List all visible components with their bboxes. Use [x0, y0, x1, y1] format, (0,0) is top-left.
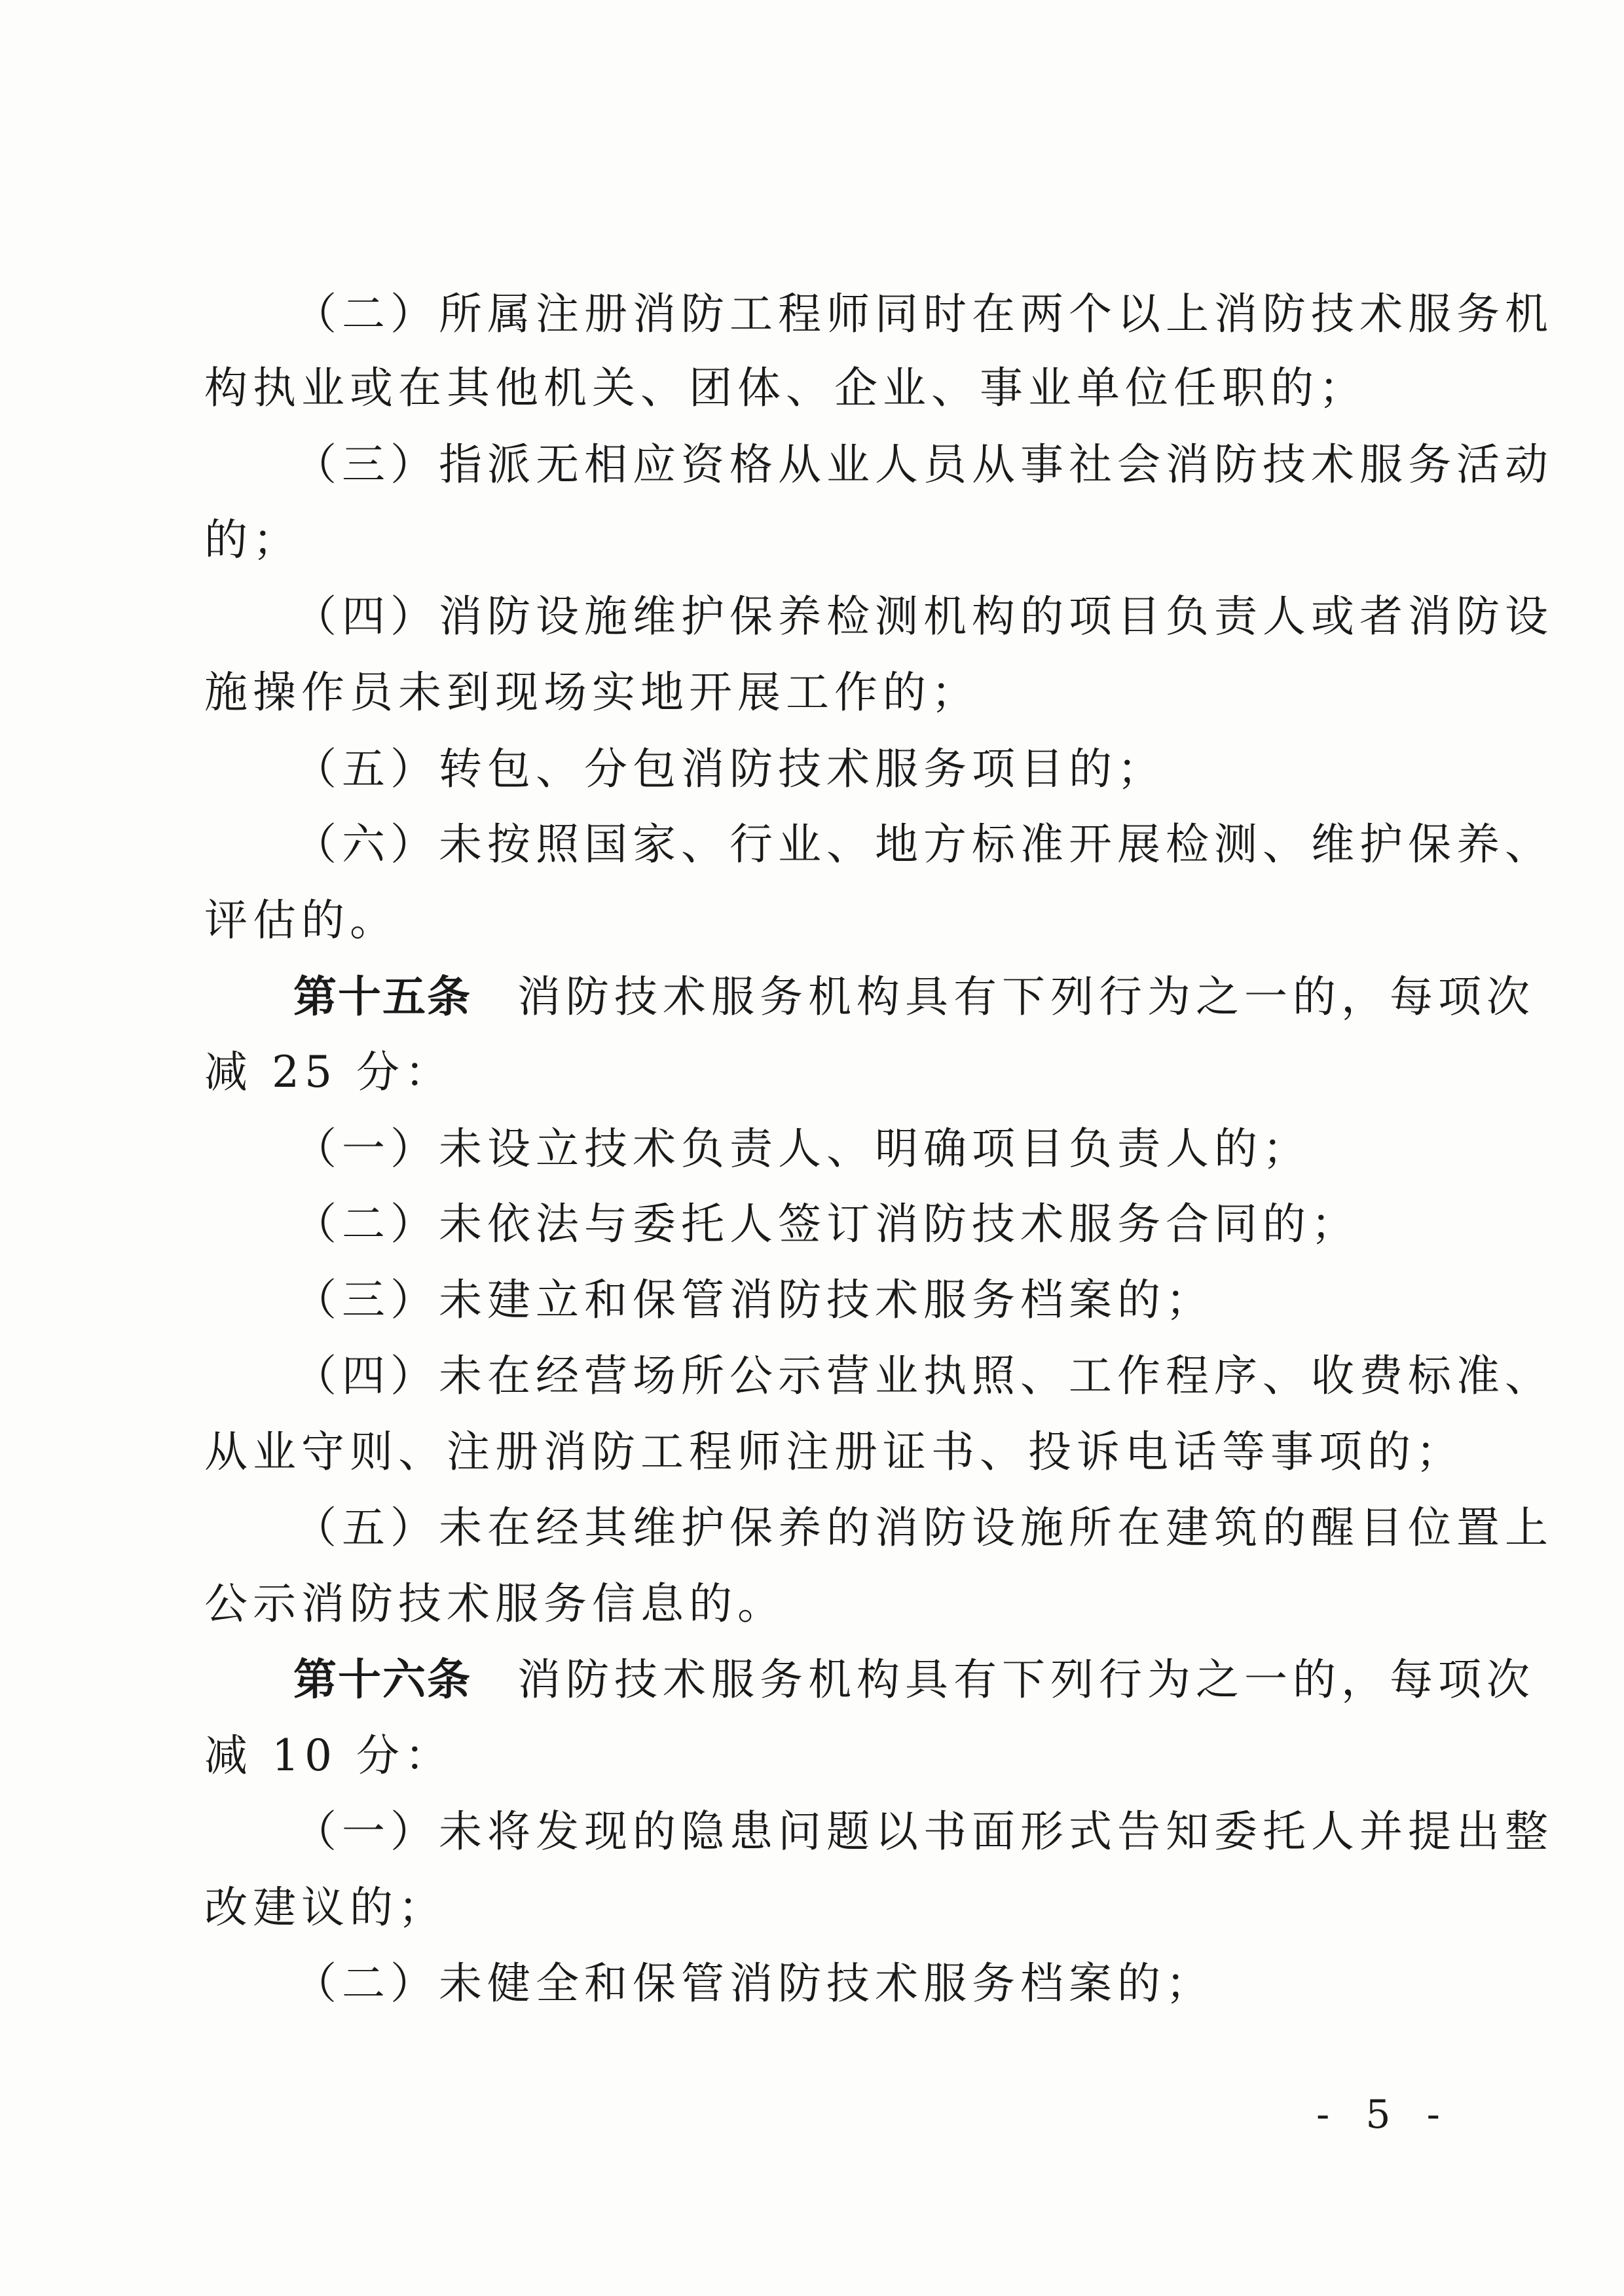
article-15-text: 消防技术服务机构具有下列行为之一的，每项次 — [517, 972, 1535, 1022]
item-4-line-2: 施操作员未到现场实地开展工作的； — [204, 666, 980, 719]
article-16-second-line: 减 10 分： — [204, 1730, 453, 1782]
article-16-item-2: （二）未健全和保管消防技术服务档案的； — [293, 1958, 1214, 2010]
document-page: （二）所属注册消防工程师同时在两个以上消防技术服务机 构执业或在其他机关、团体、… — [0, 0, 1624, 2296]
article-15-item-4-line-1: （四）未在经营场所公示营业执照、工作程序、收费标准、 — [293, 1350, 1553, 1402]
article-15-heading: 第十五条 — [293, 972, 471, 1022]
page-number: - 5 - — [1316, 2092, 1452, 2138]
article-15-item-5-line-1: （五）未在经其维护保养的消防设施所在建筑的醒目位置上 — [293, 1502, 1553, 1554]
article-15-first-line: 第十五条消防技术服务机构具有下列行为之一的，每项次 — [293, 971, 1535, 1023]
item-2-line-2: 构执业或在其他机关、团体、企业、事业单位任职的； — [204, 362, 1367, 414]
item-6-line-2: 评估的。 — [204, 894, 398, 947]
article-16-item-1-line-2: 改建议的； — [204, 1882, 447, 1934]
item-6-line-1: （六）未按照国家、行业、地方标准开展检测、维护保养、 — [293, 818, 1553, 871]
article-15-item-3: （三）未建立和保管消防技术服务档案的； — [293, 1274, 1214, 1326]
item-3-line-2: 的； — [204, 514, 301, 566]
item-3-line-1: （三）指派无相应资格从业人员从事社会消防技术服务活动 — [293, 439, 1553, 491]
item-4-line-1: （四）消防设施维护保养检测机构的项目负责人或者消防设 — [293, 591, 1553, 643]
article-15-second-line: 减 25 分： — [204, 1046, 453, 1099]
article-16-text: 消防技术服务机构具有下列行为之一的，每项次 — [517, 1654, 1535, 1705]
article-15-item-1: （一）未设立技术负责人、明确项目负责人的； — [293, 1123, 1311, 1175]
article-16-heading: 第十六条 — [293, 1654, 471, 1705]
item-2-line-1: （二）所属注册消防工程师同时在两个以上消防技术服务机 — [293, 288, 1553, 340]
article-15-item-5-line-2: 公示消防技术服务信息的。 — [204, 1578, 786, 1630]
article-16-first-line: 第十六条消防技术服务机构具有下列行为之一的，每项次 — [293, 1654, 1535, 1706]
article-15-item-2: （二）未依法与委托人签订消防技术服务合同的； — [293, 1198, 1359, 1250]
item-5-line: （五）转包、分包消防技术服务项目的； — [293, 743, 1166, 795]
article-15-item-4-line-2: 从业守则、注册消防工程师注册证书、投诉电话等事项的； — [204, 1426, 1464, 1478]
article-16-item-1-line-1: （一）未将发现的隐患问题以书面形式告知委托人并提出整 — [293, 1806, 1553, 1858]
